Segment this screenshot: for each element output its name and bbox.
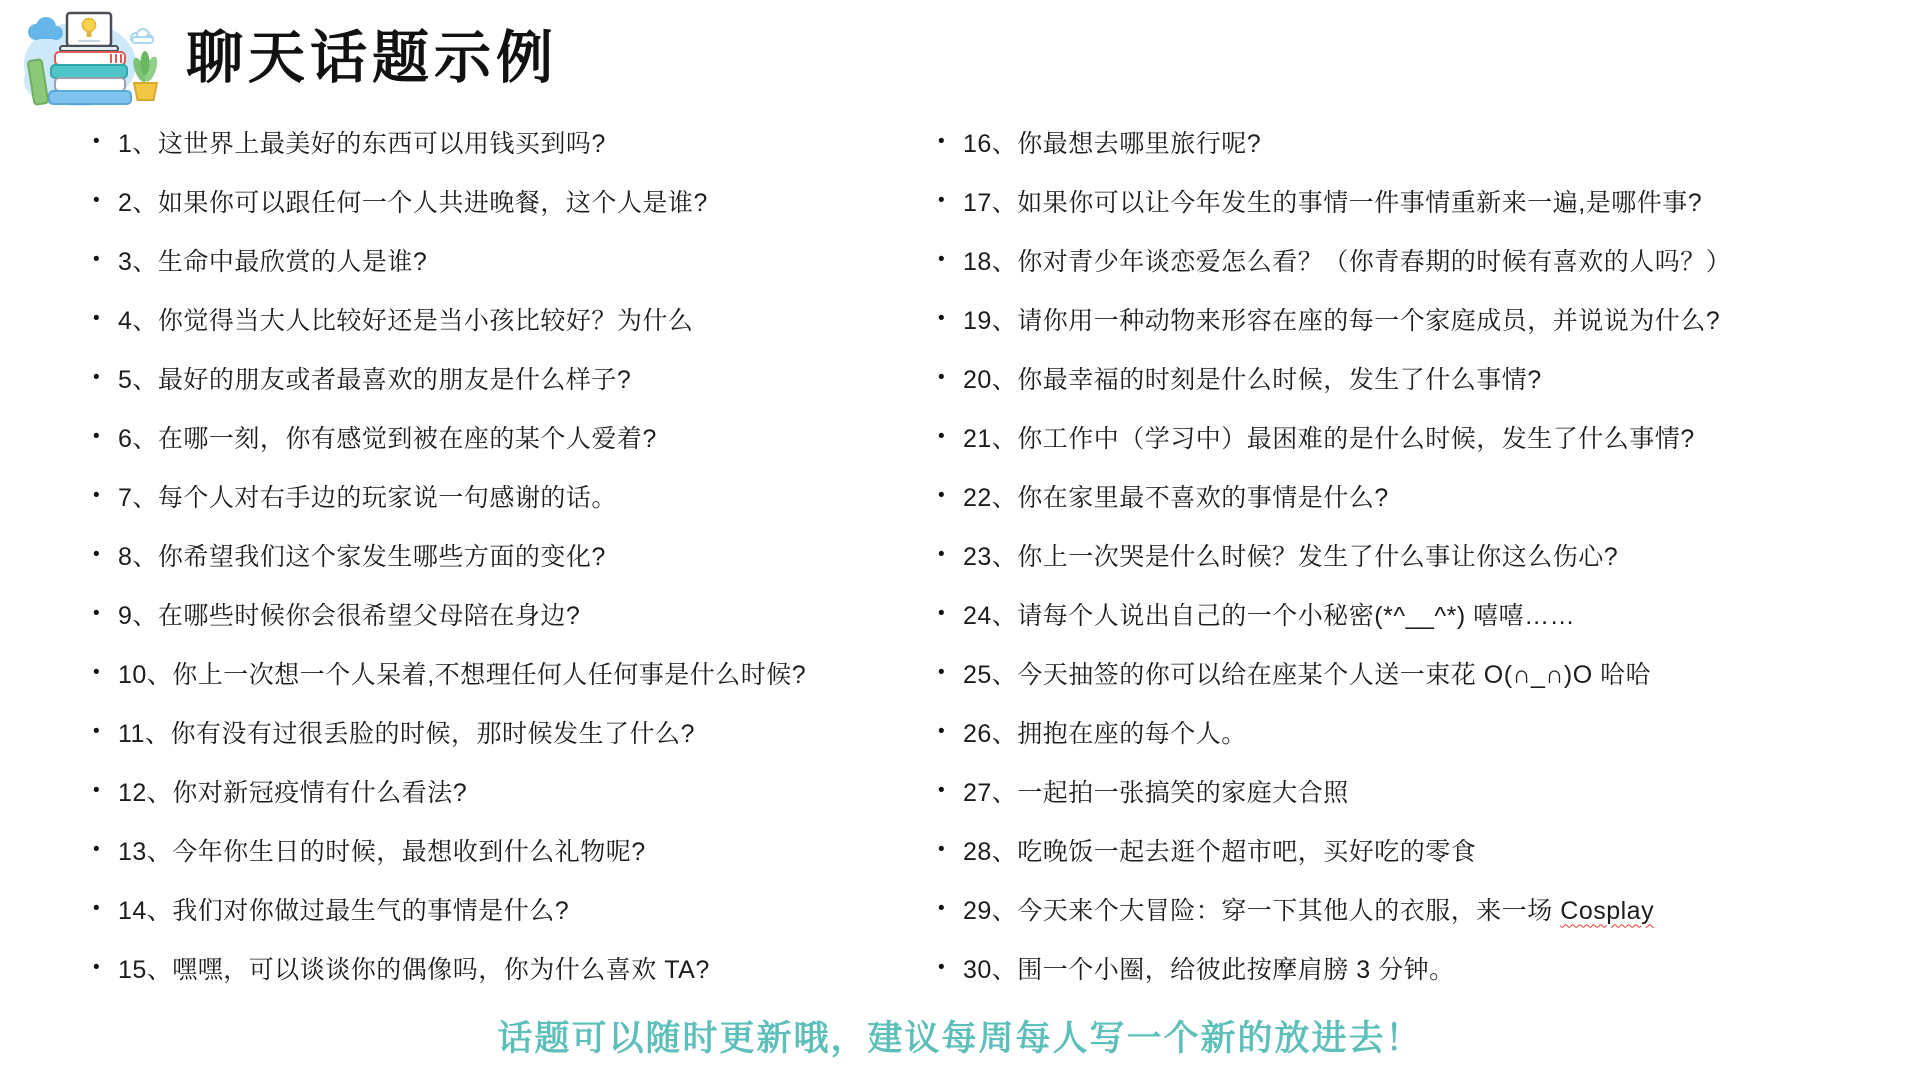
bullet-icon: • <box>88 899 100 918</box>
page-header: 聊天话题示例 <box>0 0 1920 110</box>
topic-item: •6、在哪一刻，你有感觉到被在座的某个人爱着? <box>88 407 933 466</box>
bullet-icon: • <box>933 427 945 446</box>
topic-text: 18、你对青少年谈恋爱怎么看？（你青春期的时候有喜欢的人吗？） <box>963 242 1883 278</box>
topic-item: •21、你工作中（学习中）最困难的是什么时候，发生了什么事情? <box>933 407 1883 466</box>
topic-text: 16、你最想去哪里旅行呢? <box>963 124 1883 160</box>
bullet-icon: • <box>88 191 100 210</box>
spellcheck-underlined-word: Cosplay <box>1560 897 1654 925</box>
bullet-icon: • <box>933 604 945 623</box>
topic-item: •10、你上一次想一个人呆着,不想理任何人任何事是什么时候? <box>88 643 933 702</box>
topic-text: 29、今天来个大冒险：穿一下其他人的衣服，来一场 Cosplay <box>963 891 1883 927</box>
bullet-icon: • <box>933 309 945 328</box>
small-cloud-icon <box>131 29 153 43</box>
topic-item: •22、你在家里最不喜欢的事情是什么? <box>933 466 1883 525</box>
topic-item: •3、生命中最欣赏的人是谁? <box>88 230 933 289</box>
bullet-icon: • <box>933 486 945 505</box>
bullet-icon: • <box>88 663 100 682</box>
topic-text: 22、你在家里最不喜欢的事情是什么? <box>963 478 1883 514</box>
topic-item: •1、这世界上最美好的东西可以用钱买到吗? <box>88 112 933 171</box>
bullet-icon: • <box>933 663 945 682</box>
topics-column-right: •16、你最想去哪里旅行呢?•17、如果你可以让今年发生的事情一件事情重新来一遍… <box>933 112 1883 997</box>
topic-item: •11、你有没有过很丢脸的时候，那时候发生了什么? <box>88 702 933 761</box>
topics-section: •1、这世界上最美好的东西可以用钱买到吗?•2、如果你可以跟任何一个人共进晚餐，… <box>0 112 1920 997</box>
topic-item: •16、你最想去哪里旅行呢? <box>933 112 1883 171</box>
bullet-icon: • <box>933 132 945 151</box>
topic-text: 7、每个人对右手边的玩家说一句感谢的话。 <box>118 478 933 514</box>
slide-page: 聊天话题示例 •1、这世界上最美好的东西可以用钱买到吗?•2、如果你可以跟任何一… <box>0 0 1920 1080</box>
topic-text: 5、最好的朋友或者最喜欢的朋友是什么样子? <box>118 360 933 396</box>
topic-text: 13、今年你生日的时候，最想收到什么礼物呢? <box>118 832 933 868</box>
topic-text: 2、如果你可以跟任何一个人共进晚餐，这个人是谁? <box>118 183 933 219</box>
topic-text: 1、这世界上最美好的东西可以用钱买到吗? <box>118 124 933 160</box>
bullet-icon: • <box>88 309 100 328</box>
topic-item: •5、最好的朋友或者最喜欢的朋友是什么样子? <box>88 348 933 407</box>
bullet-icon: • <box>88 132 100 151</box>
topic-text: 12、你对新冠疫情有什么看法? <box>118 773 933 809</box>
bullet-icon: • <box>88 840 100 859</box>
topic-text: 19、请你用一种动物来形容在座的每一个家庭成员，并说说为什么? <box>963 301 1883 337</box>
bullet-icon: • <box>933 840 945 859</box>
topic-item: •12、你对新冠疫情有什么看法? <box>88 761 933 820</box>
bullet-icon: • <box>933 368 945 387</box>
topic-item: •17、如果你可以让今年发生的事情一件事情重新来一遍,是哪件事? <box>933 171 1883 230</box>
topic-text: 4、你觉得当大人比较好还是当小孩比较好？为什么 <box>118 301 933 337</box>
bullet-icon: • <box>88 427 100 446</box>
topic-text: 24、请每个人说出自己的一个小秘密(*^__^*) 嘻嘻…… <box>963 596 1883 632</box>
topic-item: •15、嘿嘿，可以谈谈你的偶像吗，你为什么喜欢 TA? <box>88 938 933 997</box>
topic-text: 27、一起拍一张搞笑的家庭大合照 <box>963 773 1883 809</box>
topic-item: •26、拥抱在座的每个人。 <box>933 702 1883 761</box>
topic-text: 21、你工作中（学习中）最困难的是什么时候，发生了什么事情? <box>963 419 1883 455</box>
topic-text: 23、你上一次哭是什么时候？发生了什么事让你这么伤心? <box>963 537 1883 573</box>
bullet-icon: • <box>88 545 100 564</box>
topic-text: 30、围一个小圈，给彼此按摩肩膀 3 分钟。 <box>963 950 1883 986</box>
topic-text: 8、你希望我们这个家发生哪些方面的变化? <box>118 537 933 573</box>
bullet-icon: • <box>88 722 100 741</box>
topic-item: •14、我们对你做过最生气的事情是什么? <box>88 879 933 938</box>
topic-item: •7、每个人对右手边的玩家说一句感谢的话。 <box>88 466 933 525</box>
topic-item: •18、你对青少年谈恋爱怎么看？（你青春期的时候有喜欢的人吗？） <box>933 230 1883 289</box>
topic-item: •24、请每个人说出自己的一个小秘密(*^__^*) 嘻嘻…… <box>933 584 1883 643</box>
topic-text: 14、我们对你做过最生气的事情是什么? <box>118 891 933 927</box>
topic-text: 20、你最幸福的时刻是什么时候，发生了什么事情? <box>963 360 1883 396</box>
plant-icon <box>130 51 159 100</box>
topic-item: •25、今天抽签的你可以给在座某个人送一束花 O(∩_∩)O 哈哈 <box>933 643 1883 702</box>
cloud-icon <box>28 17 63 40</box>
topic-text: 11、你有没有过很丢脸的时候，那时候发生了什么? <box>118 714 933 750</box>
topic-item: •23、你上一次哭是什么时候？发生了什么事让你这么伤心? <box>933 525 1883 584</box>
bullet-icon: • <box>88 781 100 800</box>
topic-text: 17、如果你可以让今年发生的事情一件事情重新来一遍,是哪件事? <box>963 183 1883 219</box>
topic-item: •20、你最幸福的时刻是什么时候，发生了什么事情? <box>933 348 1883 407</box>
topic-item: •13、今年你生日的时候，最想收到什么礼物呢? <box>88 820 933 879</box>
topic-text: 25、今天抽签的你可以给在座某个人送一束花 O(∩_∩)O 哈哈 <box>963 655 1883 691</box>
topic-text: 10、你上一次想一个人呆着,不想理任何人任何事是什么时候? <box>118 655 933 691</box>
topic-item: •2、如果你可以跟任何一个人共进晚餐，这个人是谁? <box>88 171 933 230</box>
bullet-icon: • <box>88 250 100 269</box>
topic-item: •9、在哪些时候你会很希望父母陪在身边? <box>88 584 933 643</box>
bullet-icon: • <box>933 722 945 741</box>
topic-item: •8、你希望我们这个家发生哪些方面的变化? <box>88 525 933 584</box>
page-title: 聊天话题示例 <box>186 30 558 87</box>
bullet-icon: • <box>933 250 945 269</box>
bullet-icon: • <box>88 958 100 977</box>
topic-text: 15、嘿嘿，可以谈谈你的偶像吗，你为什么喜欢 TA? <box>118 950 933 986</box>
topic-text: 28、吃晚饭一起去逛个超市吧，买好吃的零食 <box>963 832 1883 868</box>
footer-note: 话题可以随时更新哦，建议每周每人写一个新的放进去！ <box>0 1011 1920 1061</box>
topic-text: 9、在哪些时候你会很希望父母陪在身边? <box>118 596 933 632</box>
topic-text: 6、在哪一刻，你有感觉到被在座的某个人爱着? <box>118 419 933 455</box>
topic-item: •4、你觉得当大人比较好还是当小孩比较好？为什么 <box>88 289 933 348</box>
bullet-icon: • <box>933 781 945 800</box>
book-stack-icon <box>49 52 131 104</box>
bullet-icon: • <box>933 191 945 210</box>
bullet-icon: • <box>88 486 100 505</box>
topic-item: •27、一起拍一张搞笑的家庭大合照 <box>933 761 1883 820</box>
topics-column-left: •1、这世界上最美好的东西可以用钱买到吗?•2、如果你可以跟任何一个人共进晚餐，… <box>88 112 933 997</box>
books-laptop-illustration <box>18 8 170 108</box>
topic-item: •30、围一个小圈，给彼此按摩肩膀 3 分钟。 <box>933 938 1883 997</box>
topic-item: •19、请你用一种动物来形容在座的每一个家庭成员，并说说为什么? <box>933 289 1883 348</box>
laptop-lightbulb-icon <box>60 13 118 51</box>
topic-text: 3、生命中最欣赏的人是谁? <box>118 242 933 278</box>
bullet-icon: • <box>933 958 945 977</box>
topic-item: •29、今天来个大冒险：穿一下其他人的衣服，来一场 Cosplay <box>933 879 1883 938</box>
topic-text: 26、拥抱在座的每个人。 <box>963 714 1883 750</box>
bullet-icon: • <box>88 604 100 623</box>
topic-item: •28、吃晚饭一起去逛个超市吧，买好吃的零食 <box>933 820 1883 879</box>
bullet-icon: • <box>933 545 945 564</box>
bullet-icon: • <box>933 899 945 918</box>
bullet-icon: • <box>88 368 100 387</box>
